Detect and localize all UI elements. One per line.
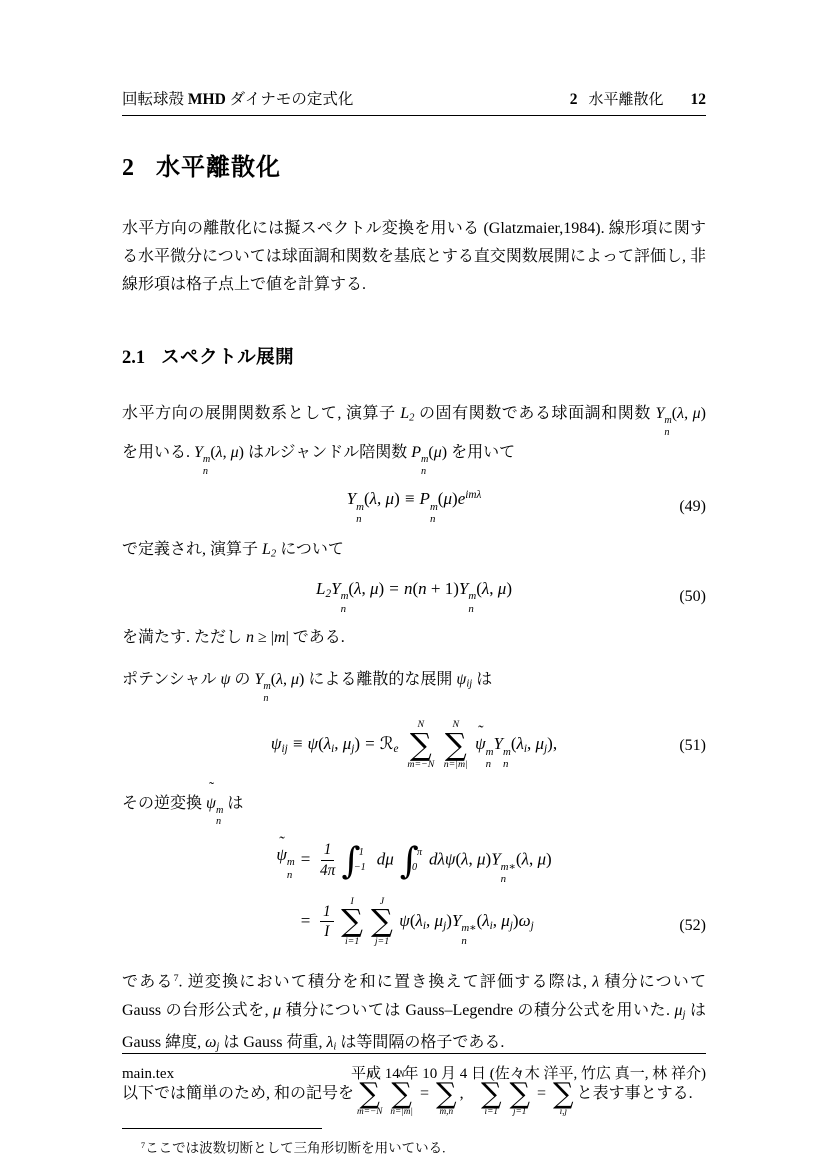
footer-filename: main.tex <box>122 1066 174 1083</box>
equation-49-number: (49) <box>679 498 706 516</box>
equation-50-body: L2Ymn(λ, μ)=n(n + 1)Ymn(λ, μ) <box>316 579 512 615</box>
paragraph-intro: 水平方向の離散化には擬スペクトル変換を用いる (Glatzmaier,1984)… <box>122 215 706 299</box>
equation-52: ˜ψmn =14π∫1−1dμ∫π0dλψ(λ, μ)Ym∗n(λ, μ) =1… <box>122 835 706 953</box>
equation-52-number: (52) <box>679 917 706 935</box>
paragraph-defined: で定義され, 演算子 L2 について <box>122 536 706 569</box>
page: 回転球殻 MHD ダイナモの定式化 2 水平離散化 12 2 水平離散化 水平方… <box>0 0 826 1169</box>
header-document-title: 回転球殻 MHD ダイナモの定式化 <box>122 87 353 109</box>
header-section-title: 水平離散化 <box>588 88 663 109</box>
header-title-pre: 回転球殻 <box>122 91 188 108</box>
equation-51-body: ψij≡ψ(λi, μj)=ℛeN∑m=−NN∑n=|m|˜ψmnYmn(λi,… <box>271 719 557 771</box>
header-section-number: 2 <box>570 91 578 109</box>
paragraph-gauss: である7. 逆変換において積分を和に置き換えて評価する際は, λ 積分について … <box>122 965 706 1062</box>
header-title-post: ダイナモの定式化 <box>226 91 354 108</box>
header-rule <box>122 115 706 116</box>
paragraph-inverse: その逆変換 ˜ψmn は <box>122 790 706 829</box>
equation-52-line1: ˜ψmn =14π∫1−1dμ∫π0dλψ(λ, μ)Ym∗n(λ, μ) <box>276 835 551 891</box>
equation-50-number: (50) <box>679 588 706 606</box>
equation-51: ψij≡ψ(λi, μj)=ℛeN∑m=−NN∑n=|m|˜ψmnYmn(λi,… <box>122 714 706 778</box>
equation-52-lhs-empty <box>276 891 300 953</box>
subsection-heading: 2.1 スペクトル展開 <box>122 343 706 369</box>
equation-51-number: (51) <box>679 737 706 755</box>
equation-52-rhs2: =1II∑i=1J∑j=1ψ(λi, μj)Ym∗n(λi, μj)ωj <box>301 891 552 953</box>
equation-49: Ymn(λ, μ)≡Pmn(μ)eimλ (49) <box>122 492 706 522</box>
footnote: 7ここでは波数切断として三角形切断を用いている. <box>122 1136 706 1159</box>
equation-52-align: ˜ψmn =14π∫1−1dμ∫π0dλψ(λ, μ)Ym∗n(λ, μ) =1… <box>276 835 551 953</box>
subsection-number: 2.1 <box>122 348 145 369</box>
header-title-bold: MHD <box>188 91 226 108</box>
section-heading: 2 水平離散化 <box>122 147 706 182</box>
subsection-title: スペクトル展開 <box>161 343 294 369</box>
equation-52-line2: =1II∑i=1J∑j=1ψ(λi, μj)Ym∗n(λi, μj)ωj <box>276 891 551 953</box>
page-content: 回転球殻 MHD ダイナモの定式化 2 水平離散化 12 2 水平離散化 水平方… <box>122 0 706 1158</box>
footer-date-authors: 平成 14 年 10 月 4 日 (佐々木 洋平, 竹広 真一, 林 祥介) <box>351 1062 706 1083</box>
equation-52-rhs1: =14π∫1−1dμ∫π0dλψ(λ, μ)Ym∗n(λ, μ) <box>301 835 552 891</box>
document-page: { "colors": { "text": "#000000", "backgr… <box>0 0 826 1169</box>
header-section-mark: 2 水平離散化 12 <box>570 88 706 109</box>
paragraph-expansion: 水平方向の展開関数系として, 演算子 L2 の固有関数である球面調和関数 Ymn… <box>122 400 706 477</box>
section-title: 水平離散化 <box>156 147 281 182</box>
running-footer: main.tex 平成 14 年 10 月 4 日 (佐々木 洋平, 竹広 真一… <box>122 1053 706 1083</box>
footnote-rule <box>122 1128 322 1129</box>
footer-row: main.tex 平成 14 年 10 月 4 日 (佐々木 洋平, 竹広 真一… <box>122 1062 706 1083</box>
equation-50: L2Ymn(λ, μ)=n(n + 1)Ymn(λ, μ) (50) <box>122 582 706 612</box>
paragraph-satisfy: を満たす. ただし n ≥ |m| である. <box>122 624 706 652</box>
section-number: 2 <box>122 155 134 182</box>
footer-rule <box>122 1053 706 1054</box>
equation-52-lhs: ˜ψmn <box>276 835 300 891</box>
running-header: 回転球殻 MHD ダイナモの定式化 2 水平離散化 12 <box>122 87 706 109</box>
equation-49-body: Ymn(λ, μ)≡Pmn(μ)eimλ <box>347 489 482 526</box>
paragraph-potential: ポテンシャル ψ の Ymn(λ, μ) による離散的な展開 ψij は <box>122 666 706 705</box>
header-page-number: 12 <box>691 91 707 109</box>
